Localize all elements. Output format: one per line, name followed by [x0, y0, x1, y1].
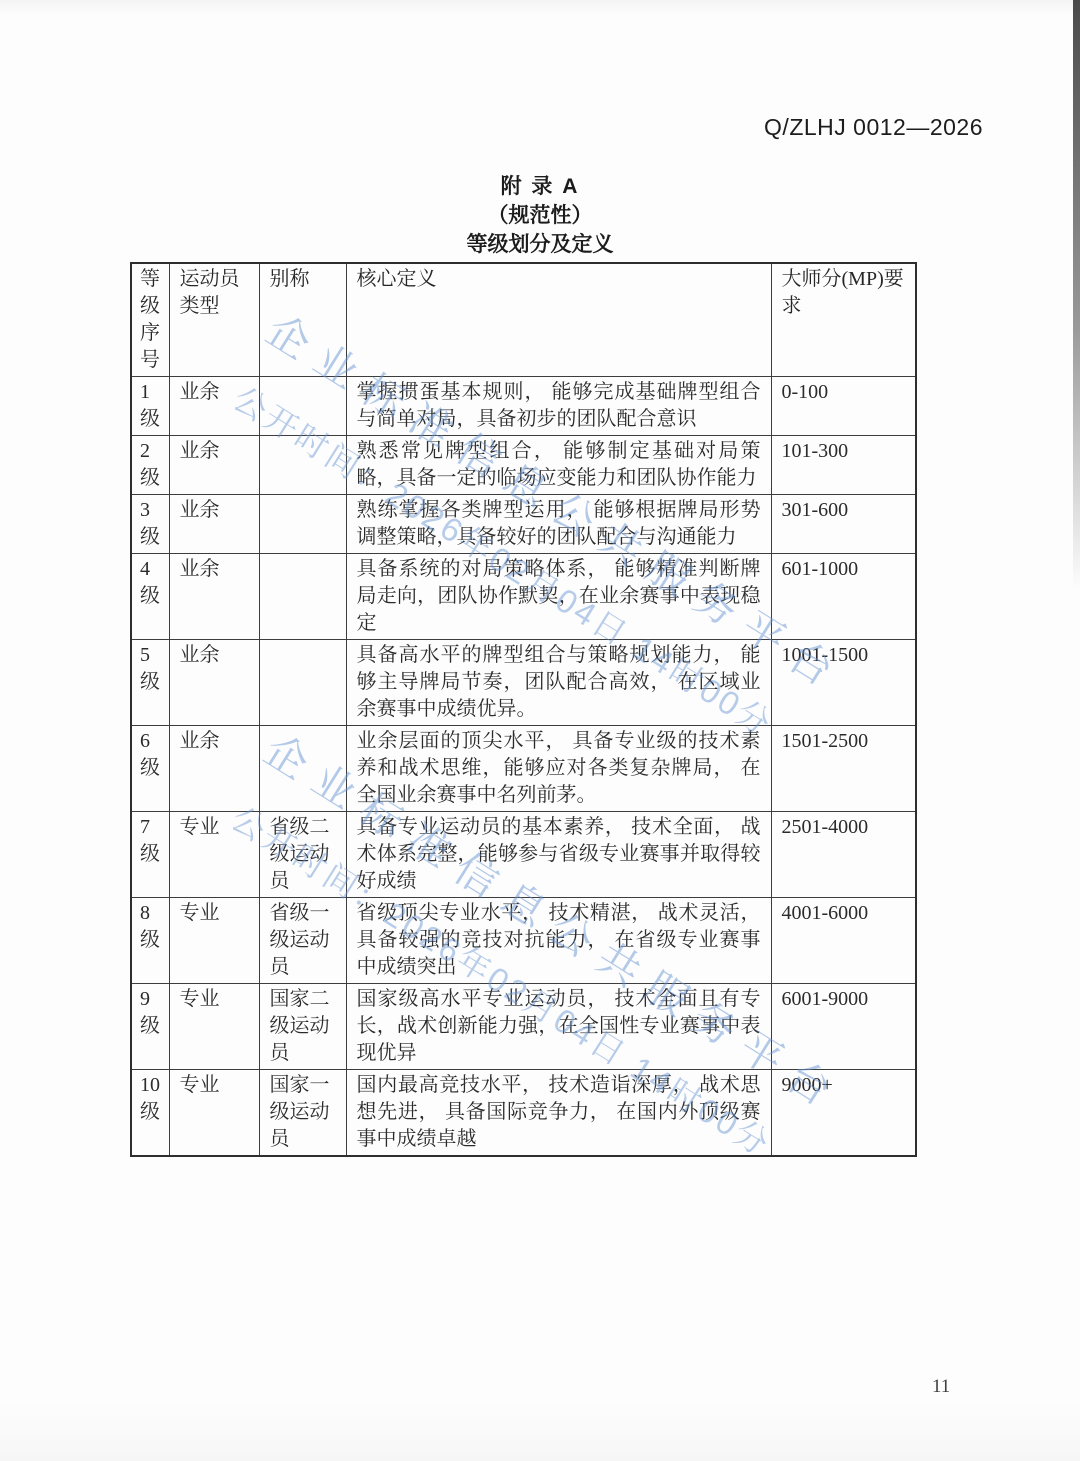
alias-cell: 国家一级运动员 — [259, 1070, 346, 1157]
type-cell: 业余 — [169, 377, 259, 436]
type-cell: 专业 — [169, 812, 259, 898]
page-number: 11 — [932, 1376, 950, 1398]
level-cell: 7级 — [131, 812, 169, 898]
table-row: 9级 专业 国家二级运动员 国家级高水平专业运动员， 技术全面且有专长，战术创新… — [131, 984, 916, 1070]
level-cell: 10级 — [131, 1070, 169, 1157]
type-cell: 业余 — [169, 495, 259, 554]
mp-cell: 2501-4000 — [771, 812, 916, 898]
alias-cell — [259, 436, 346, 495]
level-unit: 级 — [140, 1099, 161, 1126]
table-row: 2级 业余 熟悉常见牌型组合， 能够制定基础对局策略，具备一定的临场应变能力和团… — [131, 436, 916, 495]
level-cell: 6级 — [131, 726, 169, 812]
level-unit: 级 — [140, 465, 161, 492]
appendix-heading: 等级划分及定义 — [0, 230, 1080, 259]
type-cell: 业余 — [169, 436, 259, 495]
grade-definition-table: 等级序号 运动员类型 别称 核心定义 大师分(MP)要求 1级 业余 掌握掼蛋基… — [130, 262, 917, 1157]
definition-cell: 掌握掼蛋基本规则， 能够完成基础牌型组合与简单对局，具备初步的团队配合意识 — [346, 377, 771, 436]
mp-cell: 101-300 — [771, 436, 916, 495]
table-row: 5级 业余 具备高水平的牌型组合与策略规划能力， 能够主导牌局节奏，团队配合高效… — [131, 640, 916, 726]
type-cell: 专业 — [169, 984, 259, 1070]
table-row: 7级 专业 省级二级运动员 具备专业运动员的基本素养， 技术全面， 战术体系完整… — [131, 812, 916, 898]
alias-cell: 省级一级运动员 — [259, 898, 346, 984]
mp-cell: 601-1000 — [771, 554, 916, 640]
col-header-level: 等级序号 — [131, 263, 169, 377]
level-number: 9 — [140, 986, 161, 1013]
level-number: 10 — [140, 1072, 161, 1099]
level-cell: 8级 — [131, 898, 169, 984]
table-row: 4级 业余 具备系统的对局策略体系， 能够精准判断牌局走向，团队协作默契，在业余… — [131, 554, 916, 640]
type-cell: 专业 — [169, 1070, 259, 1157]
definition-cell: 业余层面的顶尖水平， 具备专业级的技术素养和战术思维，能够应对各类复杂牌局， 在… — [346, 726, 771, 812]
mp-cell: 1501-2500 — [771, 726, 916, 812]
type-cell: 业余 — [169, 554, 259, 640]
col-header-core-definition: 核心定义 — [346, 263, 771, 377]
level-unit: 级 — [140, 755, 161, 782]
alias-cell — [259, 640, 346, 726]
level-unit: 级 — [140, 524, 161, 551]
level-unit: 级 — [140, 583, 161, 610]
document-page: Q/ZLHJ 0012—2026 附 录 A （规范性） 等级划分及定义 企业标… — [0, 0, 1080, 1461]
appendix-normative-label: （规范性） — [0, 201, 1080, 230]
definition-cell: 具备高水平的牌型组合与策略规划能力， 能够主导牌局节奏，团队配合高效， 在区域业… — [346, 640, 771, 726]
table-row: 6级 业余 业余层面的顶尖水平， 具备专业级的技术素养和战术思维，能够应对各类复… — [131, 726, 916, 812]
definition-cell: 熟悉常见牌型组合， 能够制定基础对局策略，具备一定的临场应变能力和团队协作能力 — [346, 436, 771, 495]
level-number: 5 — [140, 642, 161, 669]
mp-cell: 0-100 — [771, 377, 916, 436]
level-number: 1 — [140, 379, 161, 406]
alias-cell: 省级二级运动员 — [259, 812, 346, 898]
definition-cell: 具备专业运动员的基本素养， 技术全面， 战术体系完整，能够参与省级专业赛事并取得… — [346, 812, 771, 898]
table-row: 3级 业余 熟练掌握各类牌型运用， 能够根据牌局形势调整策略，具备较好的团队配合… — [131, 495, 916, 554]
level-number: 3 — [140, 497, 161, 524]
level-unit: 级 — [140, 1013, 161, 1040]
level-unit: 级 — [140, 669, 161, 696]
level-number: 6 — [140, 728, 161, 755]
mp-cell: 9000+ — [771, 1070, 916, 1157]
alias-cell — [259, 726, 346, 812]
alias-cell — [259, 377, 346, 436]
col-header-athlete-type: 运动员类型 — [169, 263, 259, 377]
mp-cell: 4001-6000 — [771, 898, 916, 984]
mp-cell: 301-600 — [771, 495, 916, 554]
definition-cell: 国家级高水平专业运动员， 技术全面且有专长，战术创新能力强，在全国性专业赛事中表… — [346, 984, 771, 1070]
definition-cell: 国内最高竞技水平， 技术造诣深厚， 战术思想先进， 具备国际竞争力， 在国内外顶… — [346, 1070, 771, 1157]
level-unit: 级 — [140, 927, 161, 954]
level-cell: 5级 — [131, 640, 169, 726]
alias-cell — [259, 554, 346, 640]
table-row: 1级 业余 掌握掼蛋基本规则， 能够完成基础牌型组合与简单对局，具备初步的团队配… — [131, 377, 916, 436]
level-number: 8 — [140, 900, 161, 927]
mp-cell: 6001-9000 — [771, 984, 916, 1070]
level-number: 7 — [140, 814, 161, 841]
alias-cell: 国家二级运动员 — [259, 984, 346, 1070]
table-header-row: 等级序号 运动员类型 别称 核心定义 大师分(MP)要求 — [131, 263, 916, 377]
type-cell: 业余 — [169, 640, 259, 726]
definition-cell: 省级顶尖专业水平， 技术精湛， 战术灵活， 具备较强的竞技对抗能力， 在省级专业… — [346, 898, 771, 984]
col-header-alias: 别称 — [259, 263, 346, 377]
level-cell: 4级 — [131, 554, 169, 640]
type-cell: 业余 — [169, 726, 259, 812]
definition-cell: 熟练掌握各类牌型运用， 能够根据牌局形势调整策略，具备较好的团队配合与沟通能力 — [346, 495, 771, 554]
level-cell: 2级 — [131, 436, 169, 495]
scan-edge-shadow — [1073, 0, 1080, 590]
type-cell: 专业 — [169, 898, 259, 984]
level-cell: 3级 — [131, 495, 169, 554]
level-unit: 级 — [140, 841, 161, 868]
doc-number: Q/ZLHJ 0012—2026 — [764, 114, 983, 141]
alias-cell — [259, 495, 346, 554]
mp-cell: 1001-1500 — [771, 640, 916, 726]
level-unit: 级 — [140, 406, 161, 433]
appendix-title: 附 录 A — [0, 172, 1080, 201]
definition-cell: 具备系统的对局策略体系， 能够精准判断牌局走向，团队协作默契，在业余赛事中表现稳… — [346, 554, 771, 640]
level-cell: 9级 — [131, 984, 169, 1070]
level-number: 4 — [140, 556, 161, 583]
title-block: 附 录 A （规范性） 等级划分及定义 — [0, 172, 1080, 259]
table-row: 10级 专业 国家一级运动员 国内最高竞技水平， 技术造诣深厚， 战术思想先进，… — [131, 1070, 916, 1157]
level-number: 2 — [140, 438, 161, 465]
col-header-mp-requirement: 大师分(MP)要求 — [771, 263, 916, 377]
level-cell: 1级 — [131, 377, 169, 436]
table-row: 8级 专业 省级一级运动员 省级顶尖专业水平， 技术精湛， 战术灵活， 具备较强… — [131, 898, 916, 984]
